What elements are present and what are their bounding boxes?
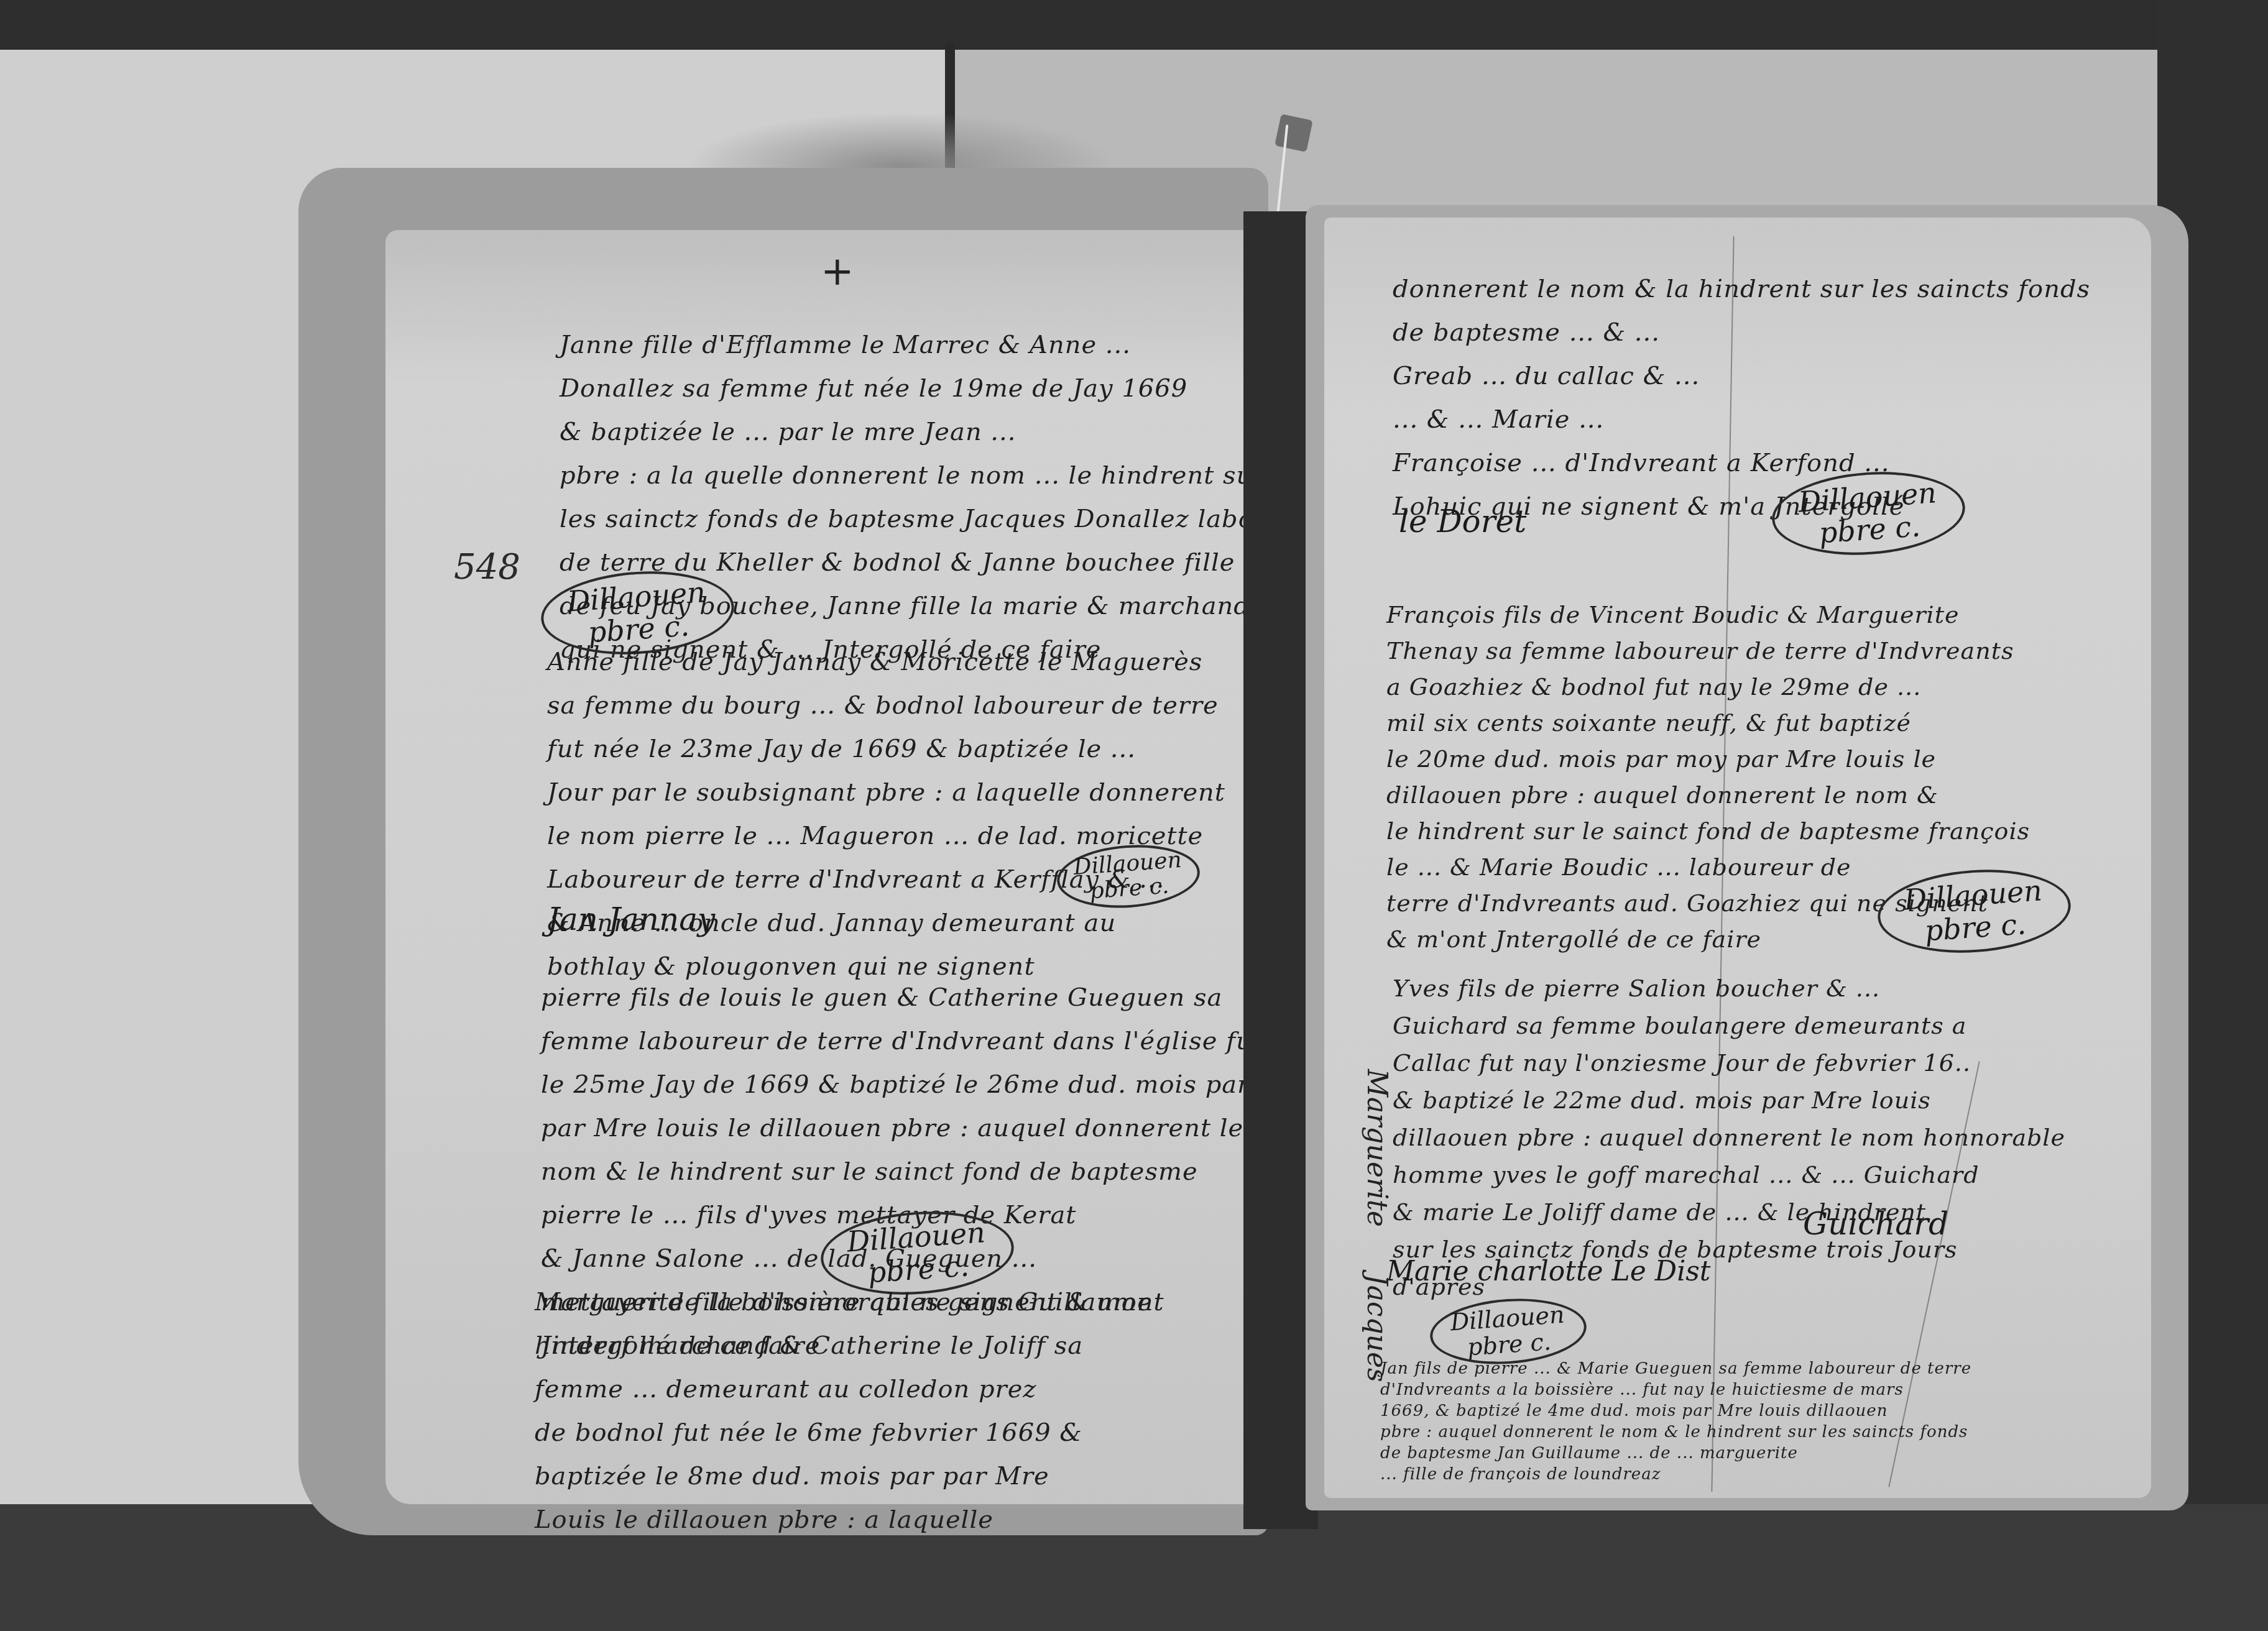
entry-line: homme yves le goff marechal ... & ... Gu… <box>1393 1156 2065 1193</box>
entry-line: sa femme du bourg ... & bodnol laboureur… <box>547 684 1225 727</box>
entry-line: de baptesme ... & ... <box>1393 311 2090 354</box>
entry-line: Jour par le soubsignant pbre : a laquell… <box>547 771 1225 814</box>
entry-line: Greab ... du callac & ... <box>1393 354 2090 398</box>
margin-note: Jacques <box>1361 1274 1393 1382</box>
entry-line: Anne fille de Jay Jannay & Moricette le … <box>547 640 1225 684</box>
register-entry: Marguerite fille d'honnorables gens Guil… <box>535 1280 1153 1541</box>
entry-line: le 20me dud. mois par moy par Mre louis … <box>1386 741 2030 777</box>
entry-line: femme ... demeurant au colledon prez <box>535 1367 1153 1411</box>
entry-line: Thenay sa femme laboureur de terre d'Ind… <box>1386 633 2030 669</box>
entry-line: par Mre louis le dillaouen pbre : auquel… <box>541 1106 1304 1150</box>
signature-title: pbre c. <box>1467 1328 1552 1361</box>
signature-title: pbre c. <box>1924 907 2027 947</box>
register-entry: Yves fils de pierre Salion boucher & ...… <box>1393 970 2065 1305</box>
entry-line: & baptizé le 22me dud. mois par Mre loui… <box>1393 1082 2065 1119</box>
entry-line: femme laboureur de terre d'Indvreant dan… <box>541 1019 1304 1063</box>
signature-title: pbre c. <box>1089 873 1169 904</box>
entry-line: 1669, & baptizé le 4me dud. mois par Mre… <box>1380 1400 1971 1422</box>
entry-line: le hindrent sur le sainct fond de baptes… <box>1386 813 2030 849</box>
entry-line: Donallez sa femme fut née le 19me de Jay… <box>560 367 1327 410</box>
entry-line: nom & le hindrent sur le sainct fond de … <box>541 1150 1304 1193</box>
entry-line: baptizée le 8me dud. mois par par Mre <box>535 1454 1153 1498</box>
entry-line: dillaouen pbre : auquel donnerent le nom… <box>1393 1119 2065 1156</box>
witness-signature: Guichard <box>1803 1206 1948 1242</box>
entry-line: Marguerite fille d'honnorables gens Guil… <box>535 1280 1153 1324</box>
register-entry: donnerent le nom & la hindrent sur les s… <box>1393 267 2090 528</box>
entry-line: François fils de Vincent Boudic & Margue… <box>1386 597 2030 633</box>
hanging-tag-icon <box>1275 114 1313 152</box>
entry-line: Guichard sa femme boulangere demeurants … <box>1393 1007 2065 1044</box>
witness-signature: Jan Jannay <box>547 901 715 937</box>
entry-line: Louis le dillaouen pbre : a laquelle <box>535 1498 1153 1541</box>
entry-line: le 25me Jay de 1669 & baptizé le 26me du… <box>541 1063 1304 1106</box>
cross-mark-icon: + <box>821 249 854 295</box>
entry-line: Callac fut nay l'onziesme Jour de febvri… <box>1393 1044 2065 1082</box>
entry-line: Françoise ... d'Indvreant a Kerfond ... <box>1393 441 2090 485</box>
entry-line: pbre : a la quelle donnerent le nom ... … <box>560 454 1327 497</box>
entry-line: ... & ... Marie ... <box>1393 398 2090 441</box>
signature-title: pbre c. <box>1818 509 1921 549</box>
entry-line: mil six cents soixante neuff, & fut bapt… <box>1386 705 2030 741</box>
entry-line: dillaouen pbre : auquel donnerent le nom… <box>1386 777 2030 813</box>
entry-line: Jan fils de pierre ... & Marie Gueguen s… <box>1380 1358 1971 1379</box>
entry-line: Yves fils de pierre Salion boucher & ... <box>1393 970 2065 1007</box>
witness-signature: Marie charlotte Le Dist <box>1386 1256 1710 1287</box>
entry-line: & marie Le Joliff dame de ... & le hindr… <box>1393 1193 2065 1231</box>
entry-line: donnerent le nom & la hindrent sur les s… <box>1393 267 2090 311</box>
folio-number: 548 <box>454 547 520 587</box>
entry-line: & baptizée le ... par le mre Jean ... <box>560 410 1327 454</box>
entry-line: d'Indvreants a la boissière ... fut nay … <box>1380 1379 1971 1400</box>
entry-line: ... fille de françois de loundreaz <box>1380 1464 1971 1485</box>
entry-line: pbre : auquel donnerent le nom & le hind… <box>1380 1422 1971 1443</box>
entry-line: fut née le 23me Jay de 1669 & baptizée l… <box>547 727 1225 771</box>
entry-line: hinderf marchand & Catherine le Joliff s… <box>535 1324 1153 1367</box>
entry-line: Janne fille d'Efflamme le Marrec & Anne … <box>560 323 1327 367</box>
entry-line: a Goazhiez & bodnol fut nay le 29me de .… <box>1386 669 2030 705</box>
witness-signature: le Doret <box>1399 503 1526 540</box>
register-entry: Jan fils de pierre ... & Marie Gueguen s… <box>1380 1358 1971 1485</box>
entry-line: pierre fils de louis le guen & Catherine… <box>541 976 1304 1019</box>
entry-line: les sainctz fonds de baptesme Jacques Do… <box>560 497 1327 541</box>
entry-line: de baptesme Jan Guillaume ... de ... mar… <box>1380 1443 1971 1464</box>
dark-top-border <box>0 0 2268 50</box>
margin-note: Marguerite <box>1361 1069 1393 1227</box>
entry-line: de bodnol fut née le 6me febvrier 1669 & <box>535 1411 1153 1454</box>
